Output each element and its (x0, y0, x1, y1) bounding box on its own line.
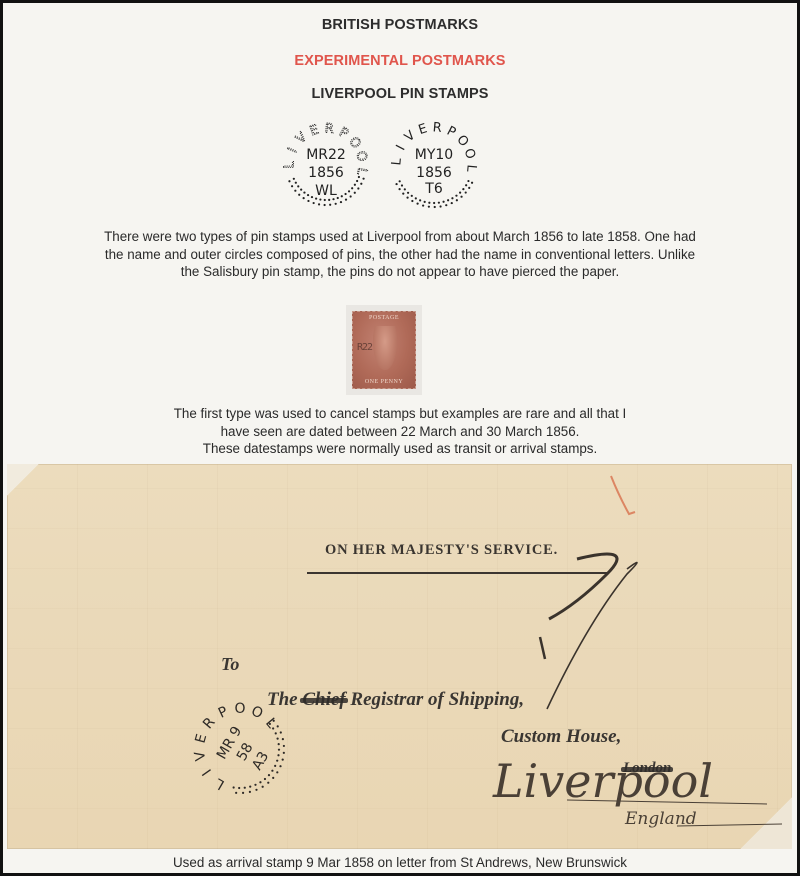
svg-text:P: P (216, 704, 230, 722)
caption: Used as arrival stamp 9 Mar 1858 on lett… (3, 855, 797, 870)
page-title: BRITISH POSTMARKS (3, 17, 797, 33)
svg-text:WL: WL (315, 183, 337, 199)
svg-text:1856: 1856 (416, 165, 452, 181)
struck-word-chief: Chief (302, 689, 345, 711)
svg-text:O: O (453, 132, 471, 149)
svg-text:R: R (324, 121, 334, 137)
svg-text:L: L (212, 775, 227, 793)
to-label: To (221, 654, 239, 675)
svg-text:1856: 1856 (308, 165, 344, 181)
underline-flourish (567, 794, 787, 834)
stamp-cancel: R22 (357, 342, 372, 353)
handwritten-charge-mark (507, 549, 657, 724)
svg-text:T6: T6 (424, 181, 443, 197)
svg-text:I: I (285, 146, 300, 156)
svg-text:L: L (463, 164, 479, 173)
svg-text:O: O (249, 703, 266, 722)
intro-paragraph: There were two types of pin stamps used … (3, 228, 797, 281)
penny-red-stamp-image: POSTAGE R22 ONE PENNY (346, 305, 422, 395)
svg-text:MY10: MY10 (415, 147, 453, 163)
arrival-postmark: LIVERPOOLMR 958A3 (185, 694, 295, 804)
svg-text:O: O (352, 150, 369, 164)
address-line-2: Custom House, (501, 726, 621, 748)
cover-letter-image: ON HER MAJESTY'S SERVICE. To The Chief R… (7, 464, 792, 849)
pin-stamp-type-1: LIVERPOOLMR221856WL (279, 118, 373, 212)
penny-red-stamp: POSTAGE R22 ONE PENNY (352, 311, 416, 389)
svg-text:R: R (200, 714, 219, 732)
queen-portrait (373, 326, 397, 370)
usage-line-2: have seen are dated between 22 March and… (3, 423, 797, 441)
stamp-label-top: POSTAGE (353, 315, 415, 321)
red-ink-mark (607, 474, 647, 524)
svg-text:V: V (293, 130, 310, 147)
pin-stamp-type-2: LIVERPOOLMY101856T6 (387, 118, 481, 212)
usage-line-1: The first type was used to cancel stamps… (3, 405, 797, 423)
corner-fold (7, 464, 39, 496)
svg-text:MR22: MR22 (306, 147, 346, 163)
svg-text:I: I (394, 143, 409, 153)
section-title: LIVERPOOL PIN STAMPS (3, 86, 797, 102)
svg-text:R: R (432, 120, 442, 136)
svg-text:O: O (345, 134, 363, 151)
svg-text:V: V (192, 749, 209, 762)
svg-text:O: O (234, 701, 245, 717)
page-subtitle: EXPERIMENTAL POSTMARKS (3, 53, 797, 69)
svg-text:L: L (283, 161, 298, 169)
svg-text:E: E (417, 121, 429, 138)
svg-text:L: L (262, 715, 279, 731)
svg-text:E: E (308, 122, 321, 139)
usage-line-3: These datestamps were normally used as t… (3, 440, 797, 458)
svg-text:L: L (353, 166, 369, 176)
album-page: BRITISH POSTMARKS EXPERIMENTAL POSTMARKS… (3, 3, 797, 873)
svg-text:O: O (461, 147, 478, 161)
svg-text:E: E (192, 732, 210, 745)
stamp-label-bottom: ONE PENNY (353, 379, 415, 385)
usage-paragraph: The first type was used to cancel stamps… (3, 405, 797, 458)
addressee-line: The Chief Registrar of Shipping, (267, 689, 524, 711)
svg-text:P: P (444, 124, 458, 141)
svg-text:V: V (402, 128, 419, 145)
svg-text:L: L (389, 157, 405, 166)
svg-text:P: P (336, 125, 350, 142)
svg-text:I: I (199, 766, 214, 779)
addressee-rest: Registrar of Shipping, (350, 689, 524, 710)
